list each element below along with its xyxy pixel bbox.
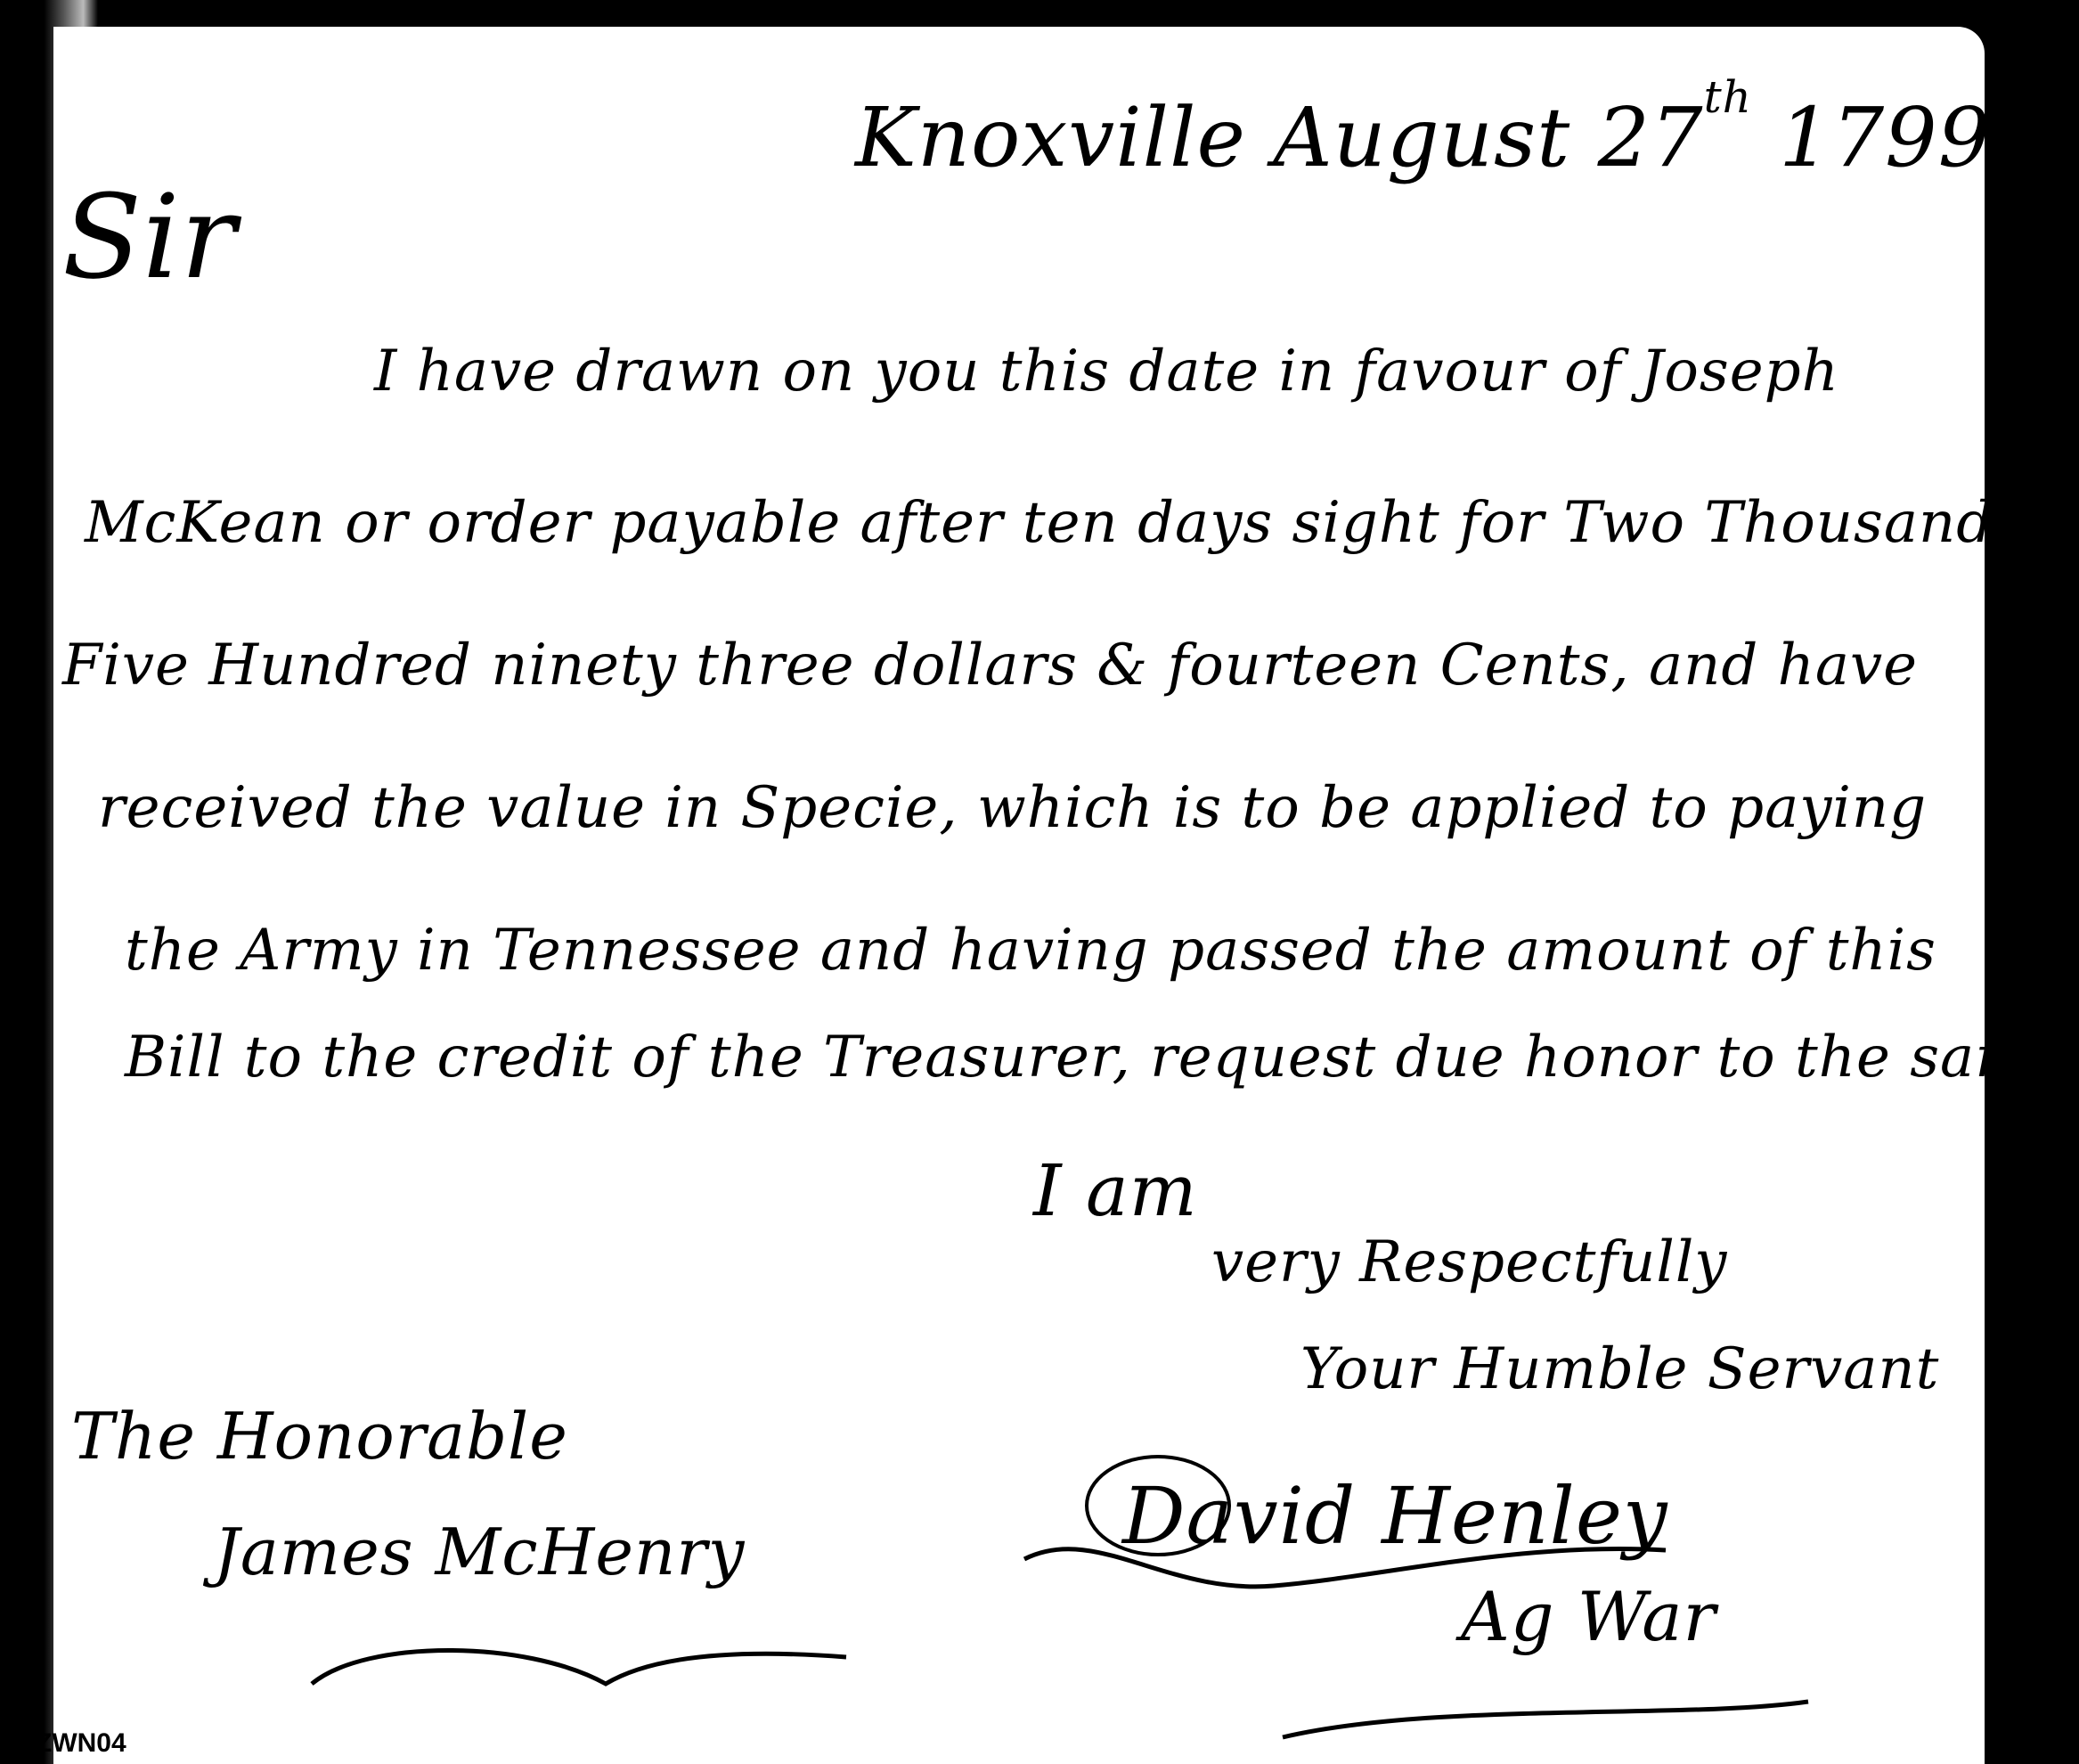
letter-page: Knoxville August 27th 1799 Sir I have dr…: [53, 27, 1985, 1764]
date-place: Knoxville: [855, 90, 1246, 185]
addressee-line-1: The Honorable: [71, 1399, 568, 1474]
date-ordinal: th: [1704, 71, 1752, 123]
salutation: Sir: [62, 169, 237, 305]
date-year: 1799: [1779, 90, 1991, 185]
addressee-flourish: [232, 1613, 855, 1719]
closing-line-2: very Respectfully: [1211, 1229, 1727, 1295]
signature-flourish: [989, 1452, 1879, 1764]
body-line: received the value in Specie, which is t…: [98, 775, 1927, 841]
body-line: I have drawn on you this date in favour …: [374, 339, 1839, 404]
addressee-line-2: James McHenry: [214, 1515, 745, 1589]
body-line: the Army in Tennessee and having passed …: [125, 918, 1936, 984]
body-line: Five Hundred ninety three dollars & four…: [62, 633, 1918, 698]
body-line: McKean or order payable after ten days s…: [85, 490, 1993, 556]
date-month: August: [1273, 90, 1570, 185]
closing-line-1: I am: [1033, 1149, 1198, 1232]
dateline: Knoxville August 27th 1799: [855, 71, 1991, 185]
closing-line-3: Your Humble Servant: [1300, 1336, 1939, 1402]
catalog-id-label: ZWN04: [36, 1728, 126, 1759]
date-day: 27: [1597, 90, 1703, 185]
body-line: Bill to the credit of the Treasurer, req…: [125, 1025, 2065, 1090]
